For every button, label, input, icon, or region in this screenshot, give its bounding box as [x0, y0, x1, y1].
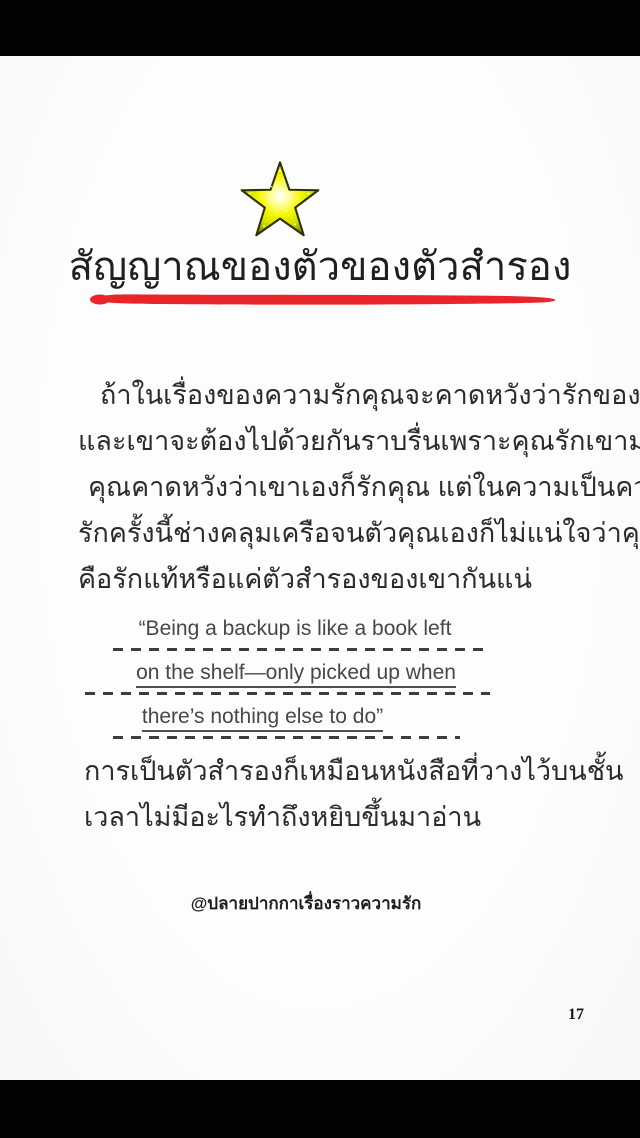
paragraph-line: การเป็นตัวสำรองก็เหมือนหนังสือที่วางไว้บ…: [0, 748, 640, 794]
paragraph-line: เวลาไม่มีอะไรทำถึงหยิบขึ้นมาอ่าน: [0, 794, 640, 840]
dashed-underline: [113, 736, 460, 739]
english-quote: “Being a backup is like a book left on t…: [0, 612, 640, 748]
paragraph-line: รักครั้งนี้ช่างคลุมเครือจนตัวคุณเองก็ไม่…: [0, 510, 640, 556]
paragraph-line: ถ้าในเรื่องของความรักคุณจะคาดหวังว่ารักข…: [0, 372, 640, 418]
paragraph-line: คุณคาดหวังว่าเขาเองก็รักคุณ แต่ในความเป็…: [0, 464, 640, 510]
paragraph-line: คือรักแท้หรือแค่ตัวสำรองของเขากันแน่: [0, 556, 640, 602]
page-number: 17: [568, 1006, 598, 1024]
book-page: สัญญาณของตัวของตัวสำรอง ถ้าในเรื่องของคว…: [0, 56, 640, 1080]
credit-line: @ปลายปากกาเรื่องราวความรัก: [0, 890, 612, 917]
page-title: สัญญาณของตัวของตัวสำรอง: [0, 244, 640, 290]
quote-line: there’s nothing else to do”: [0, 702, 525, 732]
letterbox-bottom: [0, 1080, 640, 1138]
intro-paragraph: ถ้าในเรื่องของความรักคุณจะคาดหวังว่ารักข…: [0, 372, 640, 602]
paragraph-line: และเขาจะต้องไปด้วยกันราบรื่นเพราะคุณรักเ…: [0, 418, 640, 464]
letterbox-top: [0, 0, 640, 58]
quote-line-text: on the shelf—only picked up when: [136, 661, 456, 688]
translation-paragraph: การเป็นตัวสำรองก็เหมือนหนังสือที่วางไว้บ…: [0, 748, 640, 840]
quote-line: on the shelf—only picked up when: [0, 658, 592, 688]
dashed-underline: [113, 648, 490, 651]
brush-start-blob: [90, 295, 110, 305]
dashed-underline: [85, 692, 490, 695]
title-underline-brush: [86, 290, 560, 308]
star-icon: [238, 153, 322, 249]
quote-line-text: “Being a backup is like a book left: [139, 617, 452, 640]
quote-line: “Being a backup is like a book left: [0, 614, 590, 644]
quote-line-text: there’s nothing else to do”: [142, 705, 383, 732]
